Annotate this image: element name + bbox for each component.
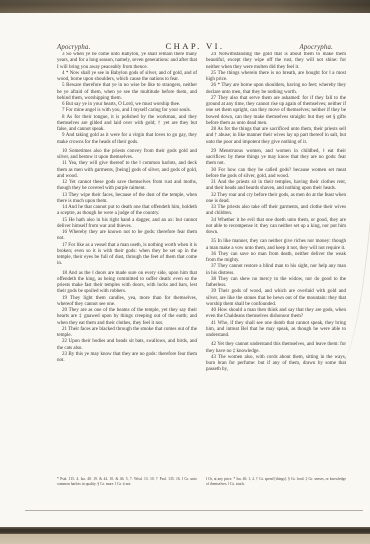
verse-paragraph: 36 They can save no man from death, neit… (206, 252, 346, 265)
verse-paragraph: 26 * They are borne upon shoulders, havi… (206, 83, 346, 96)
page-bottom-rule (25, 510, 363, 511)
verse-paragraph: 42 Yet they cannot understand this thems… (206, 342, 346, 355)
footnotes-right-column: ‖ Or, at any price. * Isa. 46. 1, 2. † G… (206, 477, 346, 486)
verse-paragraph: 22 Upon their bodies and heads sit bats,… (57, 339, 197, 352)
running-header: Apocrypha. CHAP. VI. Apocrypha. (57, 41, 333, 51)
book-top-edge-photo (0, 0, 370, 13)
left-text-column: 3 So when ye be come unto Babylon, ye sh… (57, 52, 197, 478)
footnote-row: * Psal. 115. 4. Isa. 40. 19. & 44. 10. &… (57, 477, 346, 486)
verse-paragraph: 4 * Now shall ye see in Babylon gods of … (57, 71, 197, 84)
verse-paragraph: 25 The things wherein there is no breath… (206, 71, 346, 84)
verse-paragraph: 27 They also that serve them are ashamed… (206, 96, 346, 127)
right-text-column: 24 Notwithstanding the gold that is abou… (206, 52, 346, 478)
verse-paragraph: 43 The women also, with cords about them… (206, 355, 346, 374)
verse-paragraph: 14 And he that cannot put to death one t… (57, 205, 197, 218)
verse-paragraph: 8 As for their tongue, it is polished by… (57, 115, 197, 134)
verse-paragraph: 5 Beware therefore that ye in no wise be… (57, 83, 197, 102)
verse-paragraph: 40 How should a man then think and say t… (206, 308, 346, 321)
verse-paragraph: 21 Their faces are blacked through the s… (57, 327, 197, 340)
verse-paragraph: 38 They can shew no mercy to the widow, … (206, 277, 346, 290)
verse-paragraph: 39 Their gods of wood, and which are ove… (206, 289, 346, 308)
verse-paragraph: 29 Menstruous women, and women in childb… (206, 149, 346, 168)
verse-paragraph: 7 For mine angel is with you, and I myse… (57, 108, 197, 114)
footnotes-left-column: * Psal. 115. 4. Isa. 40. 19. & 44. 10. &… (57, 477, 197, 486)
verse-paragraph: 35 In like manner, they can neither give… (206, 239, 346, 252)
verse-paragraph: 41 Who, if they shall see one dumb that … (206, 321, 346, 340)
verse-paragraph: 32 They roar and cry before their gods, … (206, 193, 346, 206)
verse-paragraph: 15 He hath also in his right hand a dagg… (57, 218, 197, 231)
verse-paragraph: 30 For how can they be called gods? beca… (206, 168, 346, 181)
scanned-book-page: Apocrypha. CHAP. VI. Apocrypha. 3 So whe… (0, 0, 370, 544)
verse-paragraph: 19 They light them candles, yea, more th… (57, 296, 197, 309)
verse-paragraph: 3 So when ye be come unto Babylon, ye sh… (57, 52, 197, 71)
verse-paragraph: 34 Whether it be evil that one doeth unt… (206, 218, 346, 237)
verse-paragraph: 37 They cannot restore a blind man to hi… (206, 264, 346, 277)
verse-paragraph: 17 For like as a vessel that a man useth… (57, 243, 197, 268)
verse-paragraph: 10 Sometimes also the priests convey fro… (57, 149, 197, 162)
verse-paragraph: 33 The priests also take off their garme… (206, 205, 346, 218)
chapter-heading: CHAP. VI. (166, 41, 225, 51)
running-head-right: Apocrypha. (299, 44, 333, 51)
verse-paragraph: 11 Yea, they will give thereof to the ‖ … (57, 161, 197, 180)
verse-paragraph: 31 And the priests sit in their temples,… (206, 180, 346, 193)
running-head-left: Apocrypha. (57, 44, 166, 51)
verse-paragraph: 24 Notwithstanding the gold that is abou… (206, 52, 346, 71)
surface-below-page (0, 534, 370, 544)
verse-paragraph: 23 By this ye may know that they are no … (57, 352, 197, 365)
page-paper: Apocrypha. CHAP. VI. Apocrypha. 3 So whe… (0, 13, 370, 528)
verse-paragraph: 18 And as the ‖ doors are made sure on e… (57, 271, 197, 296)
book-bottom-edge-photo (0, 527, 370, 534)
verse-paragraph: 12 Yet cannot these gods save themselves… (57, 180, 197, 193)
verse-paragraph: 9 And taking gold as it were for a virgi… (57, 133, 197, 146)
verse-paragraph: 20 They are as one of the beams of the t… (57, 308, 197, 327)
text-columns: 3 So when ye be come unto Babylon, ye sh… (57, 52, 346, 478)
verse-paragraph: 16 Whereby they are known not to be gods… (57, 230, 197, 243)
verse-paragraph: 28 As for the things that are sacrificed… (206, 127, 346, 146)
verse-paragraph: 13 They wipe their faces, because of the… (57, 193, 197, 206)
